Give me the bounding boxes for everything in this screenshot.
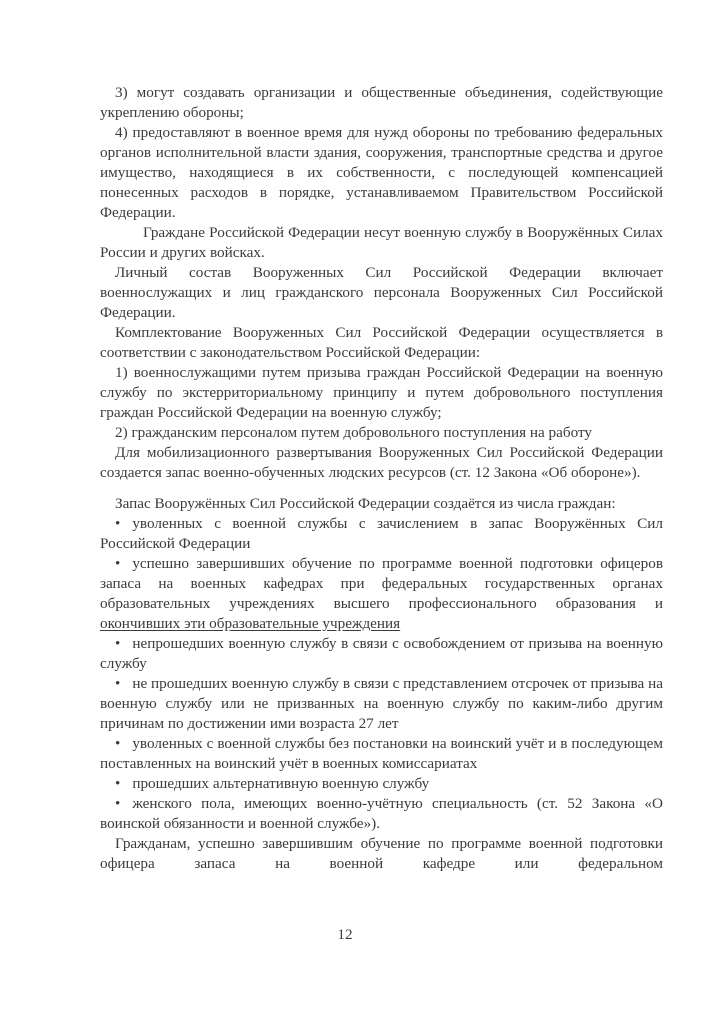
paragraph-manning-item-1: 1) военнослужащими путем призыва граждан… bbox=[100, 363, 663, 423]
list-item-discharged-enrolled: •уволенных с военной службы с зачисление… bbox=[100, 514, 663, 554]
bullet-icon: • bbox=[115, 675, 120, 692]
list-item-officer-training: •успешно завершивших обучение по програм… bbox=[100, 554, 663, 634]
page-number: 12 bbox=[0, 925, 690, 945]
paragraph-duty-item-3: 3) могут создавать организации и обществ… bbox=[100, 83, 663, 123]
paragraph-duty-item-4: 4) предоставляют в военное время для нуж… bbox=[100, 123, 663, 223]
list-item-text: прошедших альтернативную военную службу bbox=[132, 775, 429, 792]
list-item-text: уволенных с военной службы с зачислением… bbox=[100, 515, 663, 552]
bullet-icon: • bbox=[115, 795, 120, 812]
paragraph-personnel: Личный состав Вооруженных Сил Российской… bbox=[100, 263, 663, 323]
paragraph-mobilization: Для мобилизационного развертывания Воору… bbox=[100, 443, 663, 483]
paragraph-reserve-intro: Запас Вооружённых Сил Российской Федерац… bbox=[100, 494, 663, 514]
bullet-icon: • bbox=[115, 635, 120, 652]
list-item-text: успешно завершивших обучение по программ… bbox=[100, 555, 663, 612]
paragraph-manning-item-2: 2) гражданским персоналом путем добровол… bbox=[100, 423, 663, 443]
list-item-text: уволенных с военной службы без постановк… bbox=[100, 735, 663, 772]
page-content: 3) могут создавать организации и обществ… bbox=[100, 83, 663, 874]
list-item-female-specialty: •женского пола, имеющих военно-учётную с… bbox=[100, 794, 663, 834]
list-item-deferred-until-27: •не прошедших военную службу в связи с п… bbox=[100, 674, 663, 734]
blank-line bbox=[100, 483, 663, 494]
paragraph-graduates: Гражданам, успешно завершившим обучение … bbox=[100, 834, 663, 874]
document-page: 3) могут создавать организации и обществ… bbox=[0, 0, 724, 1024]
paragraph-manning: Комплектование Вооруженных Сил Российско… bbox=[100, 323, 663, 363]
bullet-icon: • bbox=[115, 775, 120, 792]
list-item-alternative-service: •прошедших альтернативную военную службу bbox=[100, 774, 663, 794]
paragraph-citizens-service: Граждане Российской Федерации несут воен… bbox=[100, 223, 663, 263]
bullet-icon: • bbox=[115, 555, 120, 572]
list-item-text: непрошедших военную службу в связи с осв… bbox=[100, 635, 663, 672]
bullet-icon: • bbox=[115, 735, 120, 752]
list-item-text: женского пола, имеющих военно-учётную сп… bbox=[100, 795, 663, 832]
list-item-text: не прошедших военную службу в связи с пр… bbox=[100, 675, 663, 732]
list-item-underlined-text: окончивших эти образовательные учреждени… bbox=[100, 615, 400, 632]
list-item-exempted-from-draft: •непрошедших военную службу в связи с ос… bbox=[100, 634, 663, 674]
bullet-icon: • bbox=[115, 515, 120, 532]
list-item-registered-later: •уволенных с военной службы без постанов… bbox=[100, 734, 663, 774]
